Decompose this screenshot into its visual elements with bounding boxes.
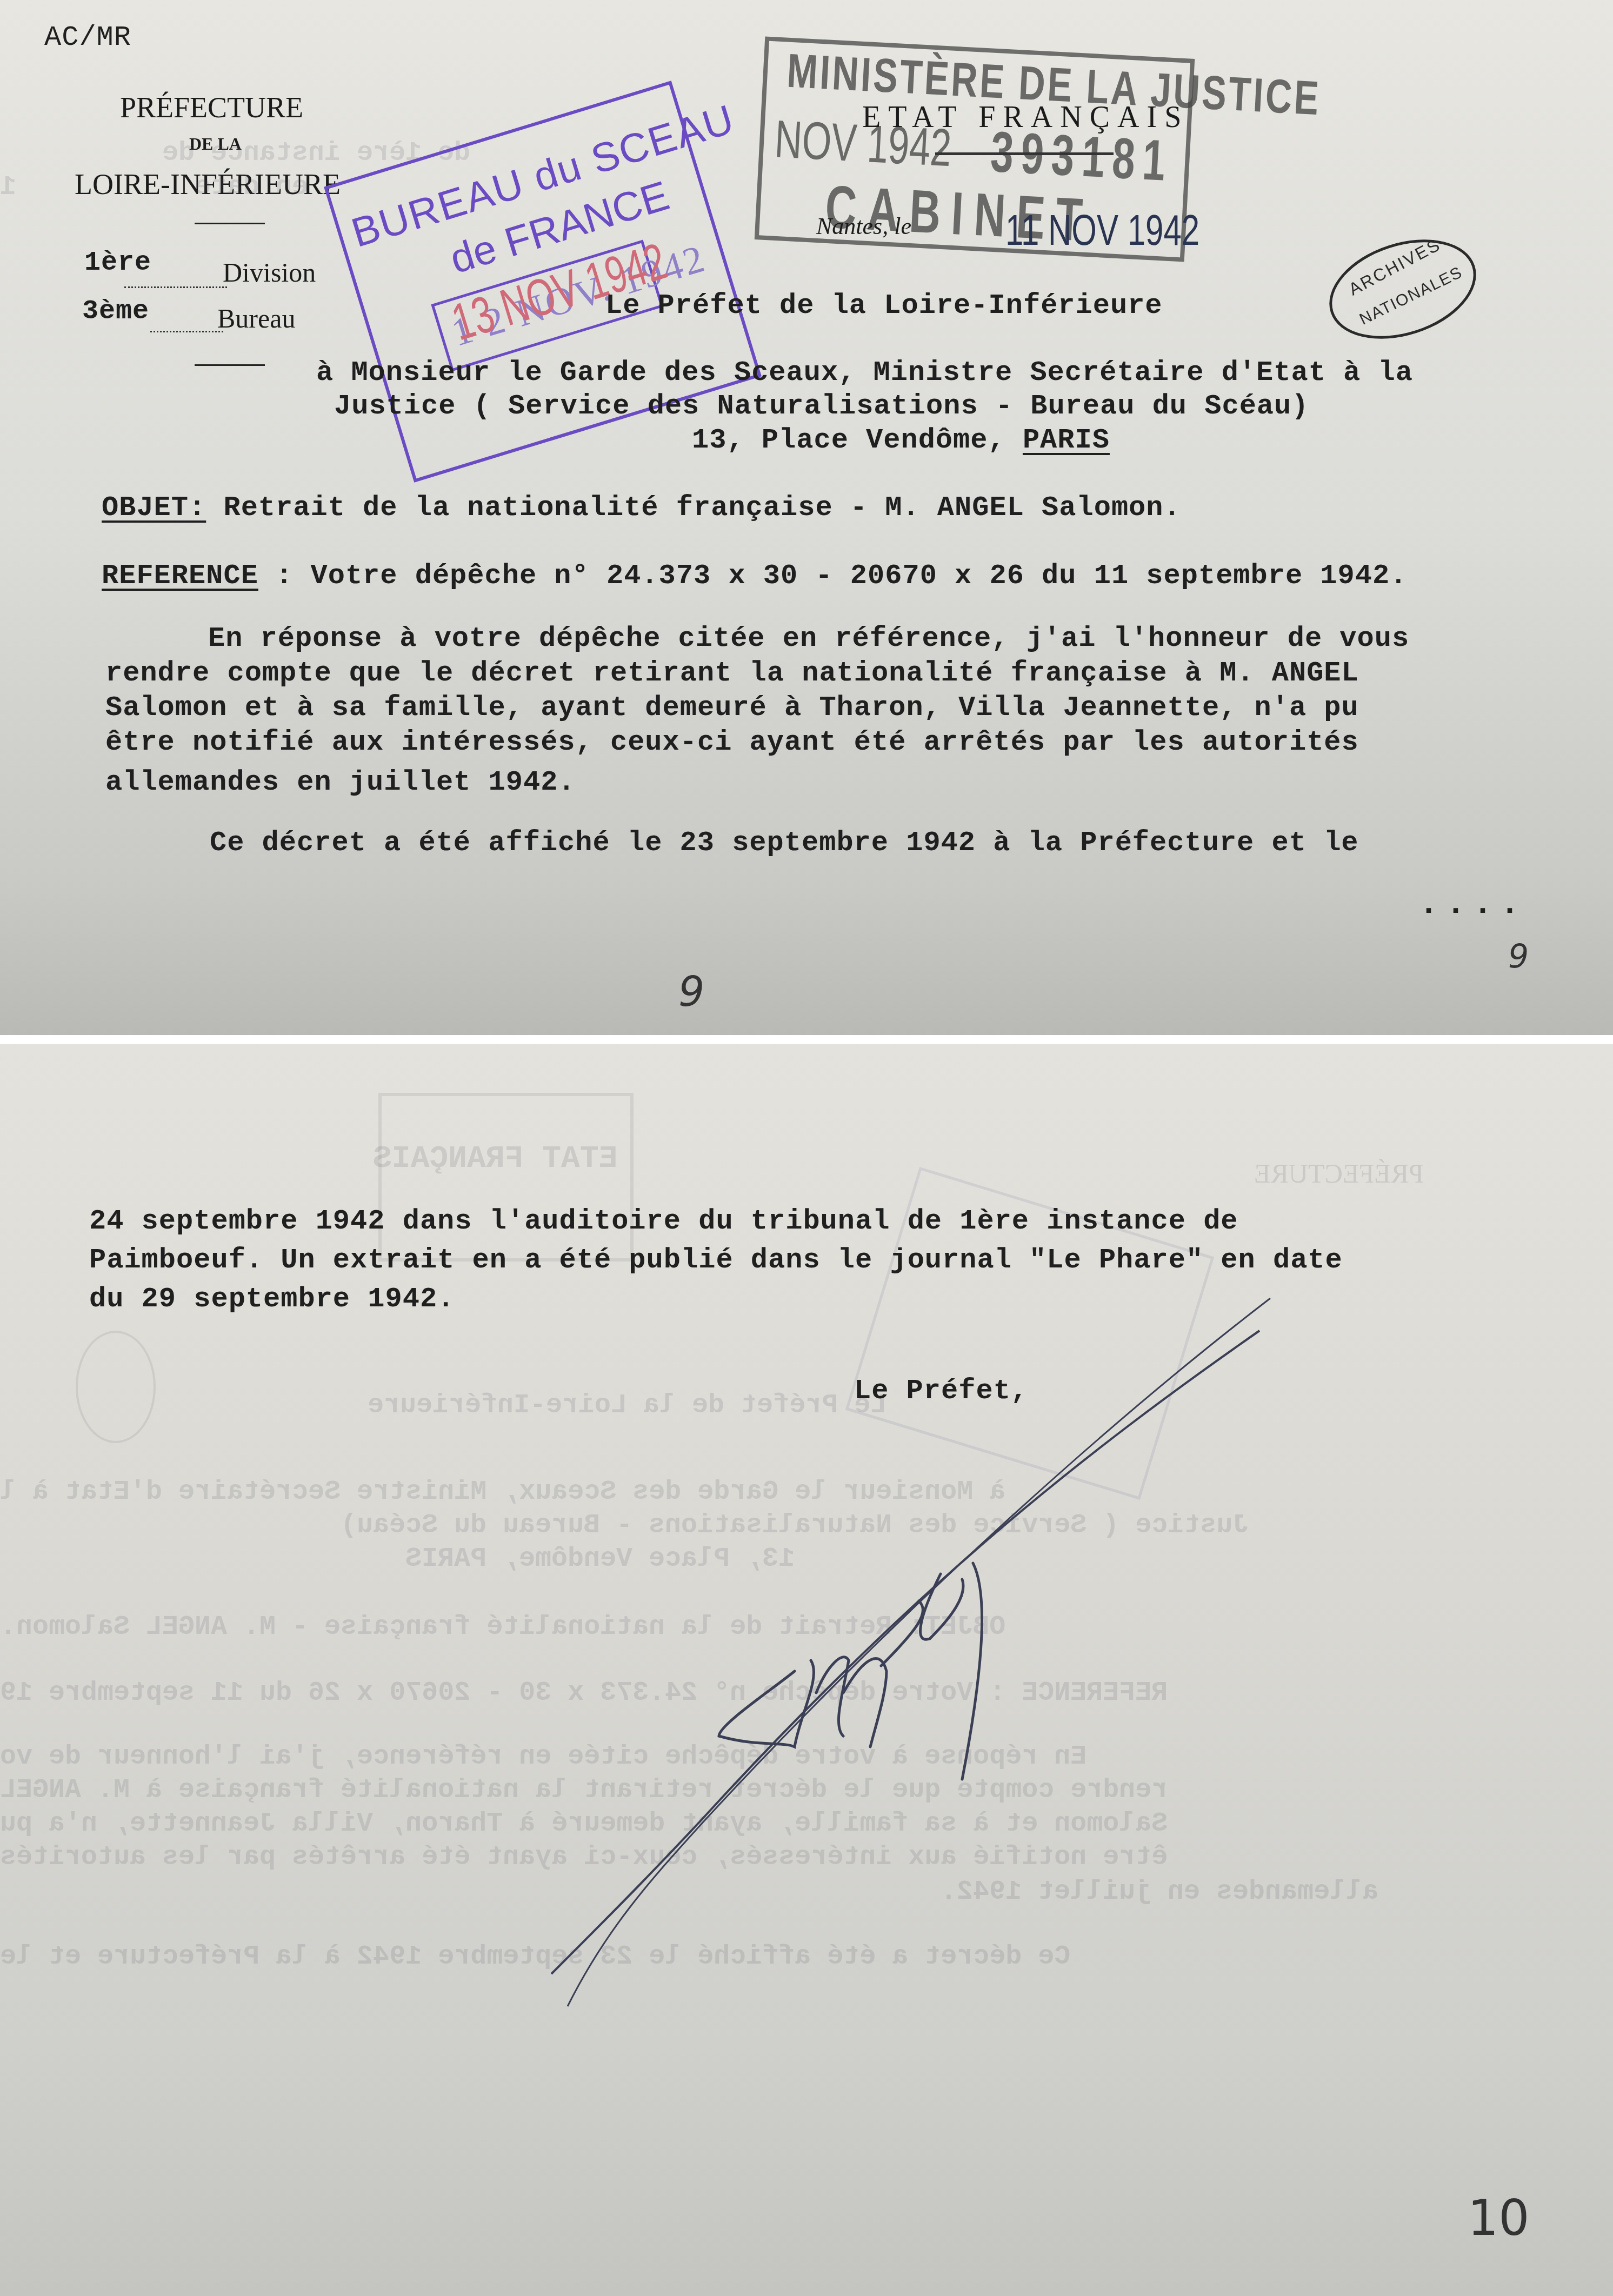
reference-label: REFERENCE [102,560,258,592]
signature-icon [0,1044,1613,2296]
reference-initials: AC/MR [44,22,131,54]
body-line: rendre compte que le décret retirant la … [105,657,1359,689]
bureau-dotted-line [150,331,223,332]
body-line: Salomon et à sa famille, ayant demeuré à… [105,692,1359,724]
received-date-stamp: 11 NOV 1942 [1005,205,1199,255]
reference-line: REFERENCE : Votre dépêche n° 24.373 x 30… [102,560,1407,592]
handwritten-folio-right: 9 [1508,938,1529,976]
recipient-city: PARIS [1023,424,1110,456]
subject-line: OBJET: Retrait de la nationalité françai… [102,492,1181,524]
division-label: Division [223,257,316,288]
body-line: En réponse à votre dépêche citée en réfé… [208,623,1409,655]
handwritten-folio-center: 9 [678,967,704,1016]
sender-line: Le Préfet de la Loire-Inférieure [605,290,1163,322]
body-line: allemandes en juillet 1942. [105,766,576,798]
bureau-label: Bureau [217,303,295,334]
archives-nationales-stamp: ARCHIVES NATIONALES [1317,222,1489,356]
division-number: 1ère [84,248,151,278]
handwritten-folio: 10 [1468,2190,1530,2247]
recipient-line-1: à Monsieur le Garde des Sceaux, Ministre… [316,357,1413,389]
body-line: être notifié aux intéressés, ceux-ci aya… [105,726,1359,758]
recipient-line-3: 13, Place Vendôme, PARIS [692,424,1110,456]
subject-label: OBJET: [102,492,206,524]
bleed-through-text: en date 1 [0,172,308,203]
state-header: ETAT FRANÇAIS [862,100,1189,135]
letter-page-1: AC/MR PRÉFECTURE DE LA LOIRE-INFÉRIEURE … [0,0,1613,1035]
recipient-line-2: Justice ( Service des Naturalisations - … [334,390,1309,422]
letter-page-2: ETAT FRANÇAIS PRÉFECTURE Le Préfet de la… [0,1044,1613,2296]
body-paragraph-2-start: Ce décret a été affiché le 23 septembre … [210,827,1359,859]
division-dotted-line [124,286,227,288]
letterhead-prefecture: PRÉFECTURE [120,91,303,124]
strike-line [935,152,1114,155]
subject-text: Retrait de la nationalité française - M.… [206,492,1181,524]
letterhead-divider-2 [195,364,265,366]
recipient-address: 13, Place Vendôme, [692,424,1023,456]
reference-text: : Votre dépêche n° 24.373 x 30 - 20670 x… [258,560,1408,592]
continuation-marker: .... [1419,886,1527,923]
bureau-number: 3ème [82,296,149,327]
letterhead-divider [195,223,265,224]
place-date-label: Nantes, le [816,212,911,240]
